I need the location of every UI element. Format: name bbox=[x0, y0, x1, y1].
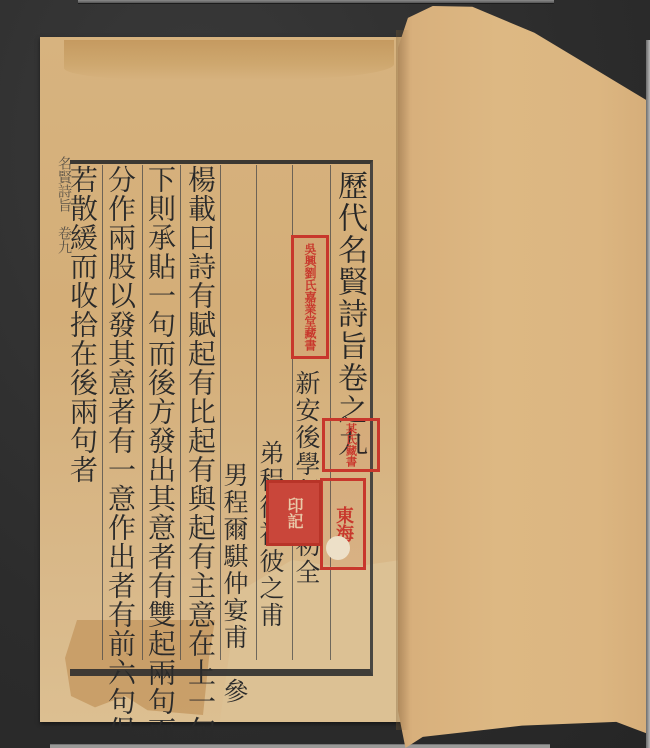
text-column-2: 下則承貼一句而後方發出其意者有雙起兩句而 bbox=[146, 165, 174, 745]
column-rule bbox=[180, 165, 181, 660]
text-column-1: 楊載曰詩有賦起有比起有與起有主意在上一句 bbox=[186, 165, 214, 745]
column-rule bbox=[142, 165, 143, 660]
right-edge-strip bbox=[646, 40, 650, 748]
water-stain bbox=[64, 40, 394, 80]
seal-text: 吳興劉氏嘉業堂藏書 bbox=[304, 243, 316, 351]
column-rule bbox=[102, 165, 103, 660]
page-fold-shadow bbox=[396, 30, 410, 730]
collector-seal-square-left: 印記 bbox=[266, 480, 322, 546]
seal-text: 印記 bbox=[286, 497, 302, 529]
column-rule bbox=[330, 165, 331, 660]
top-edge-strip bbox=[78, 0, 554, 4]
volume-title: 歷代名賢詩旨卷之九 bbox=[334, 170, 364, 458]
seal-text: 某氏藏書 bbox=[346, 423, 357, 467]
author-line-3: 男程爾騏仲宴甫 參 bbox=[222, 462, 247, 705]
collector-seal-top: 吳興劉氏嘉業堂藏書 bbox=[291, 235, 329, 359]
text-column-4: 若散緩而收拾在後兩句者 bbox=[68, 165, 96, 484]
right-page-blank bbox=[398, 3, 646, 748]
text-column-3: 分作兩股以發其意者有一意作出者有前六句俱 bbox=[106, 165, 134, 745]
author-line-1: 新安後學程元初全 bbox=[294, 370, 319, 586]
paper-hole bbox=[326, 536, 350, 560]
collector-seal-mid: 某氏藏書 bbox=[322, 418, 380, 472]
